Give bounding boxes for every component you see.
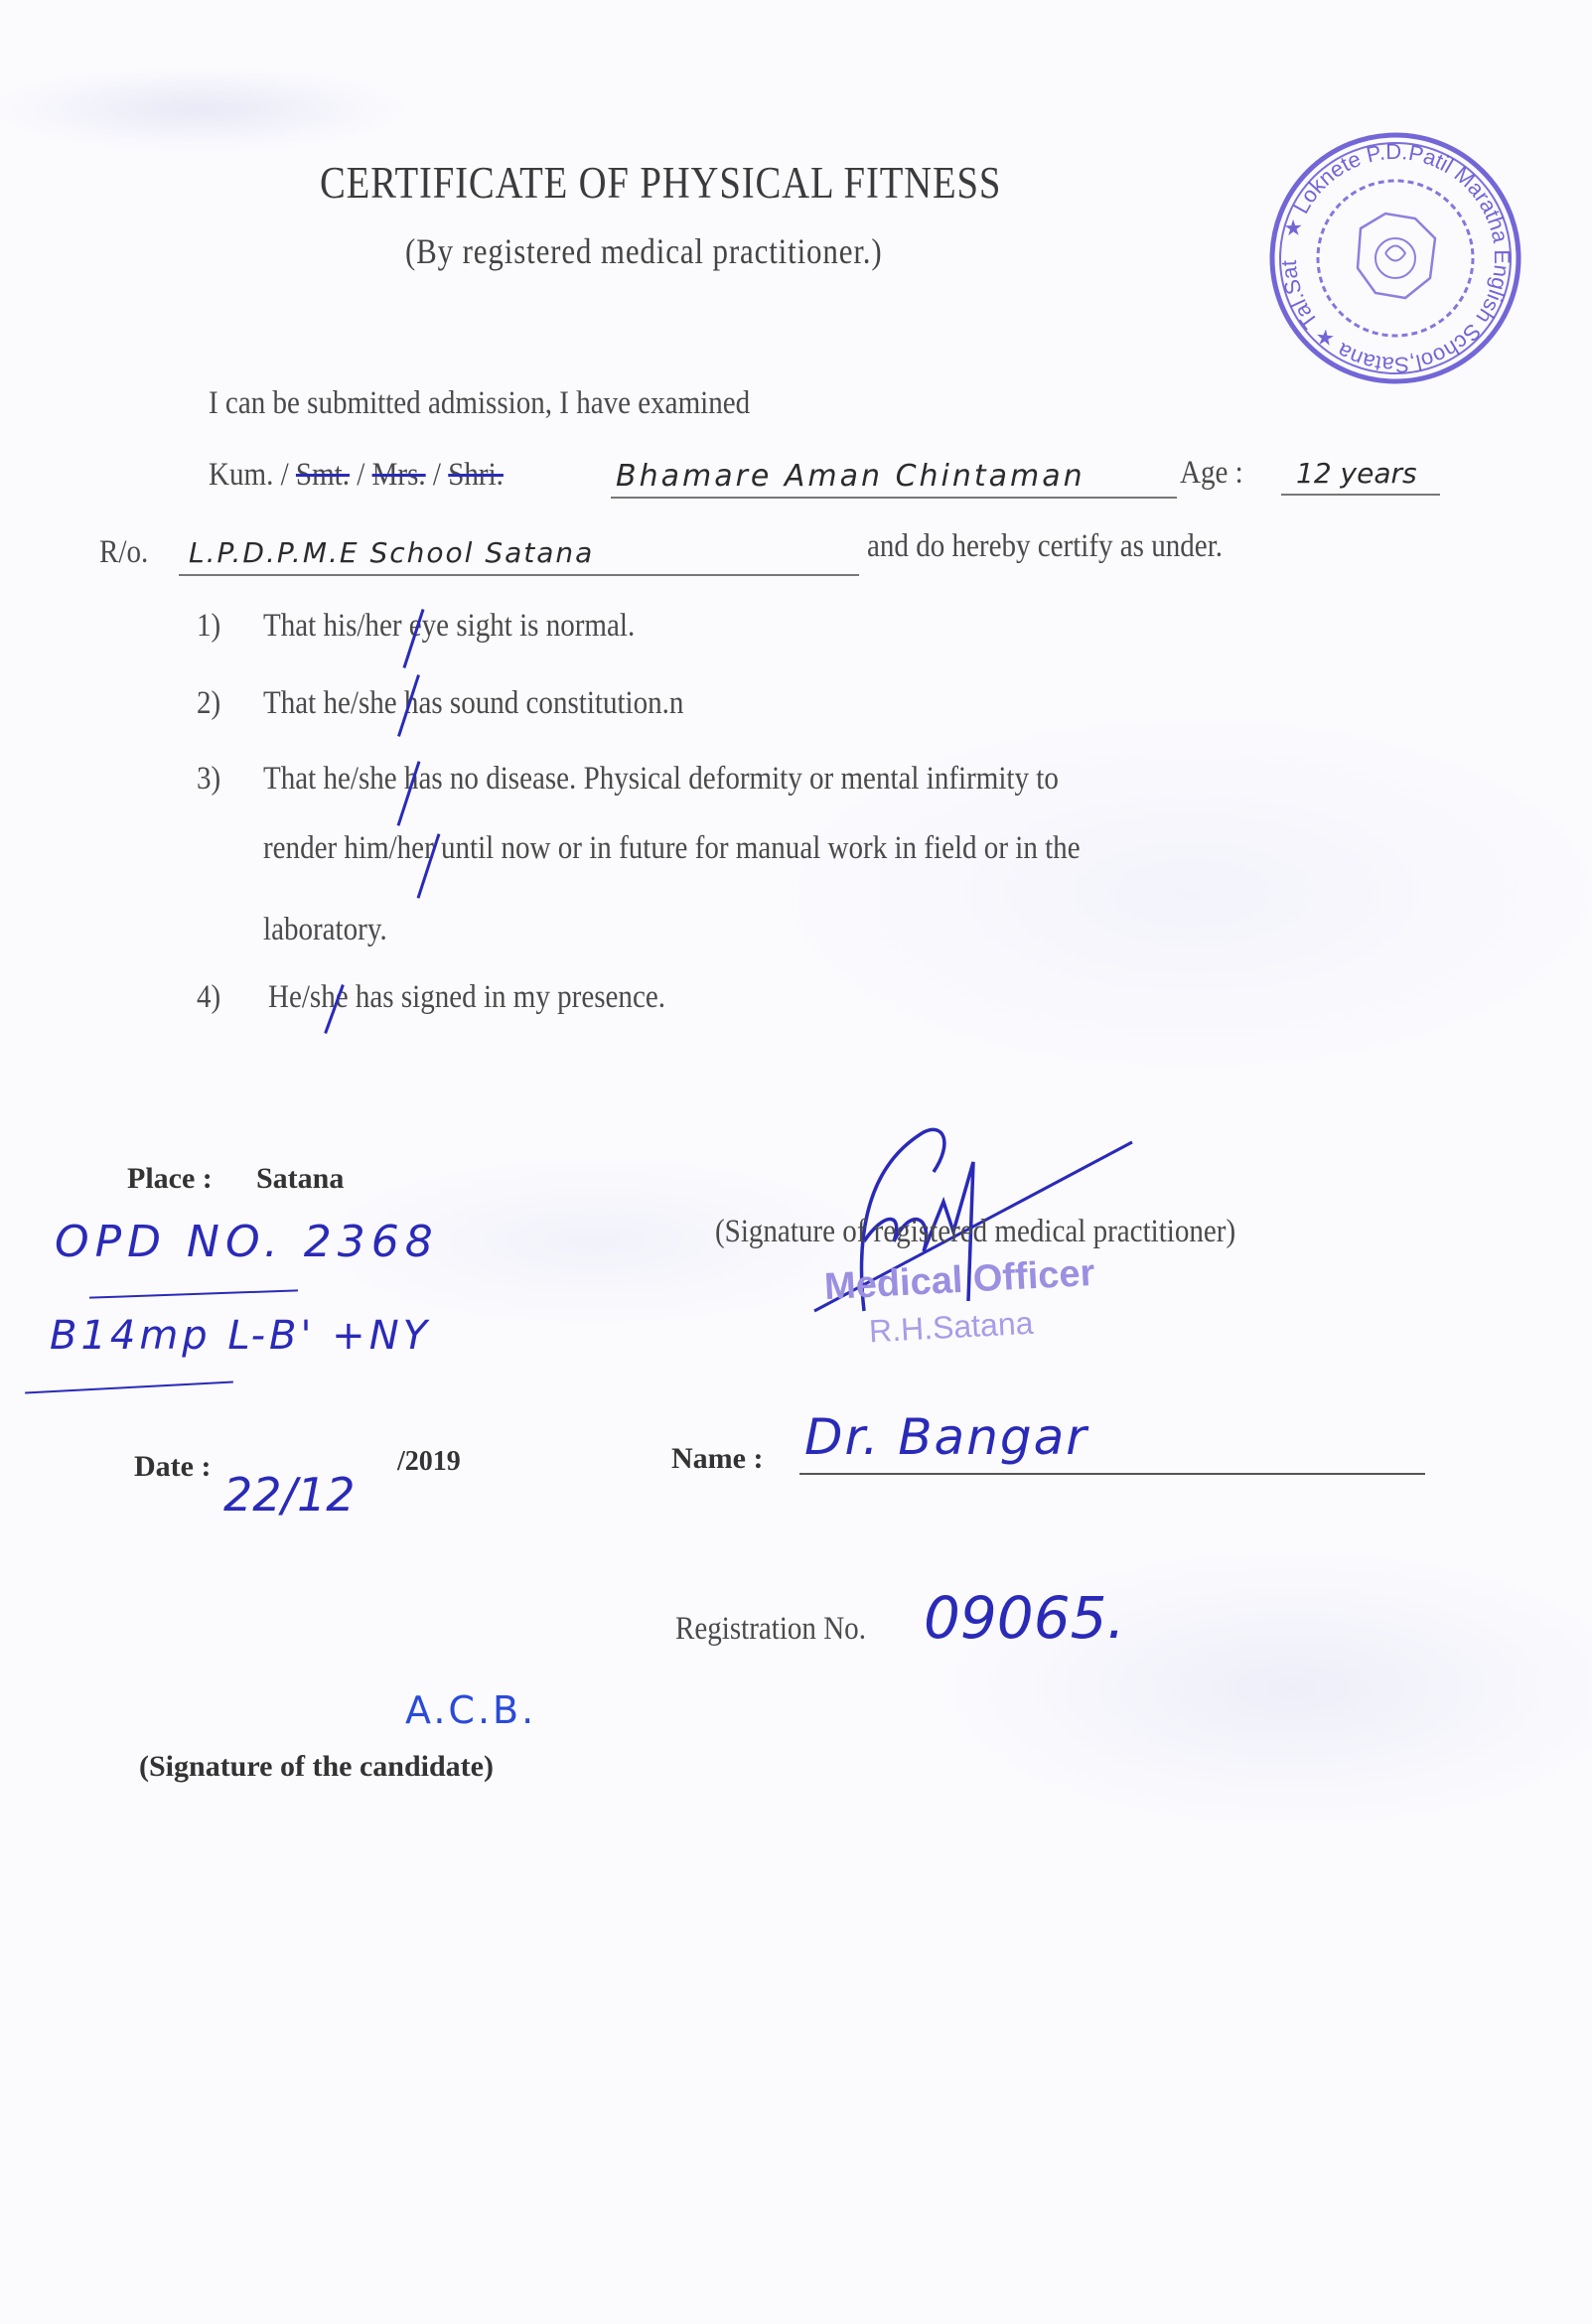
salutation-shri-struck: Shri. (448, 457, 504, 493)
candidate-signature: A.C.B. (405, 1688, 536, 1732)
certificate-title: CERTIFICATE OF PHYSICAL FITNESS (320, 157, 1001, 209)
statement-3: That he/she has no disease. Physical def… (263, 761, 1059, 798)
age-field[interactable]: 12 years (1296, 457, 1417, 490)
candidate-name-field[interactable]: Bhamare Aman Chintaman (616, 459, 1085, 494)
doctor-name-field[interactable]: Dr. Bangar (804, 1408, 1088, 1466)
doctor-name-label: Name : (671, 1442, 763, 1476)
place-value: Satana (256, 1162, 344, 1196)
opd-number-note: OPD NO. 2368 (55, 1217, 439, 1267)
salutation-mrs-struck: Mrs. (372, 457, 426, 493)
separator: / (426, 457, 449, 493)
certify-text: and do hereby certify as under. (867, 528, 1223, 565)
age-underline (1281, 494, 1440, 496)
statement-3-continued: render him/her until now or in future fo… (263, 830, 1081, 867)
residence-field[interactable]: L.P.D.P.M.E School Satana (189, 536, 594, 569)
date-year: /2019 (397, 1446, 461, 1478)
certificate-subtitle: (By registered medical practitioner.) (405, 230, 883, 272)
salutation-smt-struck: Smt. (296, 457, 350, 493)
statement-4: He/she has signed in my presence. (268, 979, 665, 1016)
intro-line: I can be submitted admission, I have exa… (209, 385, 750, 422)
statement-4-number: 4) (197, 979, 220, 1016)
salutation-line: Kum. / Smt. / Mrs. / Shri. (209, 457, 504, 494)
statement-1-number: 1) (197, 608, 220, 645)
place-label: Place : (127, 1162, 213, 1196)
practitioner-signature-label: (Signature of registered medical practit… (715, 1214, 1235, 1250)
candidate-signature-label: (Signature of the candidate) (139, 1750, 494, 1784)
residence-label: R/o. (99, 534, 148, 571)
salutation-kum: Kum. / (209, 457, 296, 493)
statement-3-end: laboratory. (263, 912, 387, 948)
seal-emblem-icon: ★ Loknete P.D.Patil Maratha English Scho… (1266, 129, 1524, 387)
date-label: Date : (134, 1450, 211, 1484)
doctor-name-underline (799, 1473, 1425, 1475)
opd-secondary-note: B14mp L-B' +NY (50, 1313, 431, 1359)
name-underline (611, 497, 1177, 499)
statement-3-number: 3) (197, 761, 220, 798)
statement-2-number: 2) (197, 685, 220, 722)
separator: / (350, 457, 372, 493)
school-seal: ★ Loknete P.D.Patil Maratha English Scho… (1266, 129, 1524, 387)
age-label: Age : (1180, 455, 1243, 492)
registration-label: Registration No. (675, 1611, 866, 1648)
statement-1: That his/her eye sight is normal. (263, 608, 635, 645)
statement-2: That he/she has sound constitution.n (263, 685, 683, 722)
residence-underline (179, 574, 859, 576)
registration-number-field[interactable]: 09065. (924, 1584, 1125, 1652)
date-value[interactable]: 22/12 (223, 1468, 356, 1522)
